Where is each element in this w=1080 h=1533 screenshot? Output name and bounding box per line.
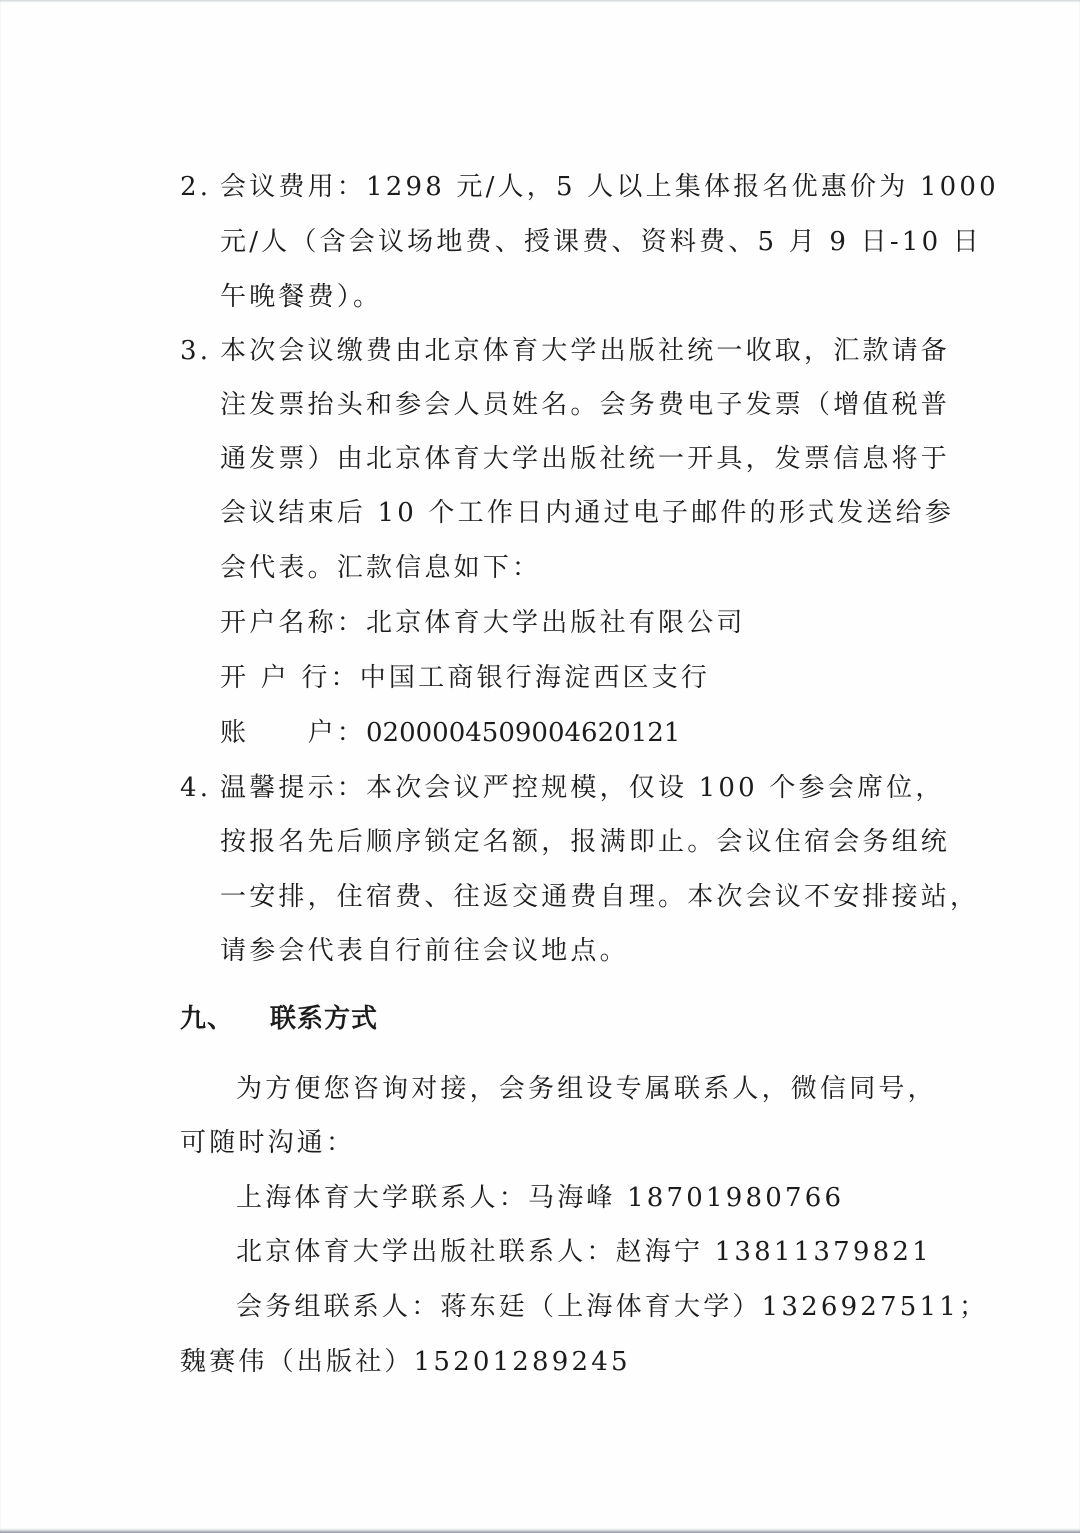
bank-value: 中国工商银行海淀西区支行 [360,663,710,693]
remittance-bank: 开 户 行：中国工商银行海淀西区支行 [220,662,710,694]
section-heading: 九、联系方式 [180,1003,378,1035]
item-3-line-1: 本次会议缴费由北京体育大学出版社统一收取，汇款请备 [220,335,900,367]
remittance-account-number: 账 户：0200004509004620121 [220,717,680,749]
document-page: 2. 会议费用：1298 元/人，5 人以上集体报名优惠价为 1000 元/人（… [0,0,1080,1533]
item-2-line-2: 元/人（含会议场地费、授课费、资料费、5 月 9 日-10 日 [220,226,900,258]
item-2-line-3: 午晚餐费）。 [220,281,382,313]
section-title: 联系方式 [270,1004,378,1034]
intro-line-2: 可随时沟通： [180,1127,355,1159]
item-3-line-2: 注发票抬头和参会人员姓名。会务费电子发票（增值税普 [220,389,900,421]
item-4-line-1: 温馨提示：本次会议严控规模，仅设 100 个参会席位， [220,772,900,804]
item-4-line-4: 请参会代表自行前往会议地点。 [220,935,629,967]
account-name-label: 开户名称： [220,608,366,638]
section-number: 九、 [180,1004,234,1034]
item-4-line-2: 按报名先后顺序锁定名额，报满即止。会议住宿会务组统 [220,826,900,858]
account-number-label: 账 户： [220,718,366,748]
item-number: 3. [180,335,211,367]
item-4-line-3: 一安排，住宿费、往返交通费自理。本次会议不安排接站， [220,881,900,913]
item-3-line-3: 通发票）由北京体育大学出版社统一开具，发票信息将于 [220,443,900,475]
intro-line-1: 为方便您咨询对接，会务组设专属联系人，微信同号， [236,1073,900,1105]
item-number: 4. [180,772,211,804]
item-2-line-1: 会议费用：1298 元/人，5 人以上集体报名优惠价为 1000 [220,171,900,203]
item-3-line-4: 会议结束后 10 个工作日内通过电子邮件的形式发送给参 [220,497,900,529]
item-3-line-5: 会代表。汇款信息如下： [220,552,541,584]
bank-label: 开 户 行： [220,663,360,693]
contact-line: 上海体育大学联系人：马海峰 18701980766 [236,1182,844,1214]
account-name-value: 北京体育大学出版社有限公司 [366,608,746,638]
item-number: 2. [180,171,211,203]
account-number-value: 0200004509004620121 [366,718,680,748]
contact-continuation: 魏赛伟（出版社）15201289245 [180,1346,631,1378]
contact-line: 会务组联系人：蒋东廷（上海体育大学）1326927511； [236,1291,988,1323]
remittance-account-name: 开户名称：北京体育大学出版社有限公司 [220,607,746,639]
contact-line: 北京体育大学出版社联系人：赵海宁 13811379821 [236,1236,932,1268]
